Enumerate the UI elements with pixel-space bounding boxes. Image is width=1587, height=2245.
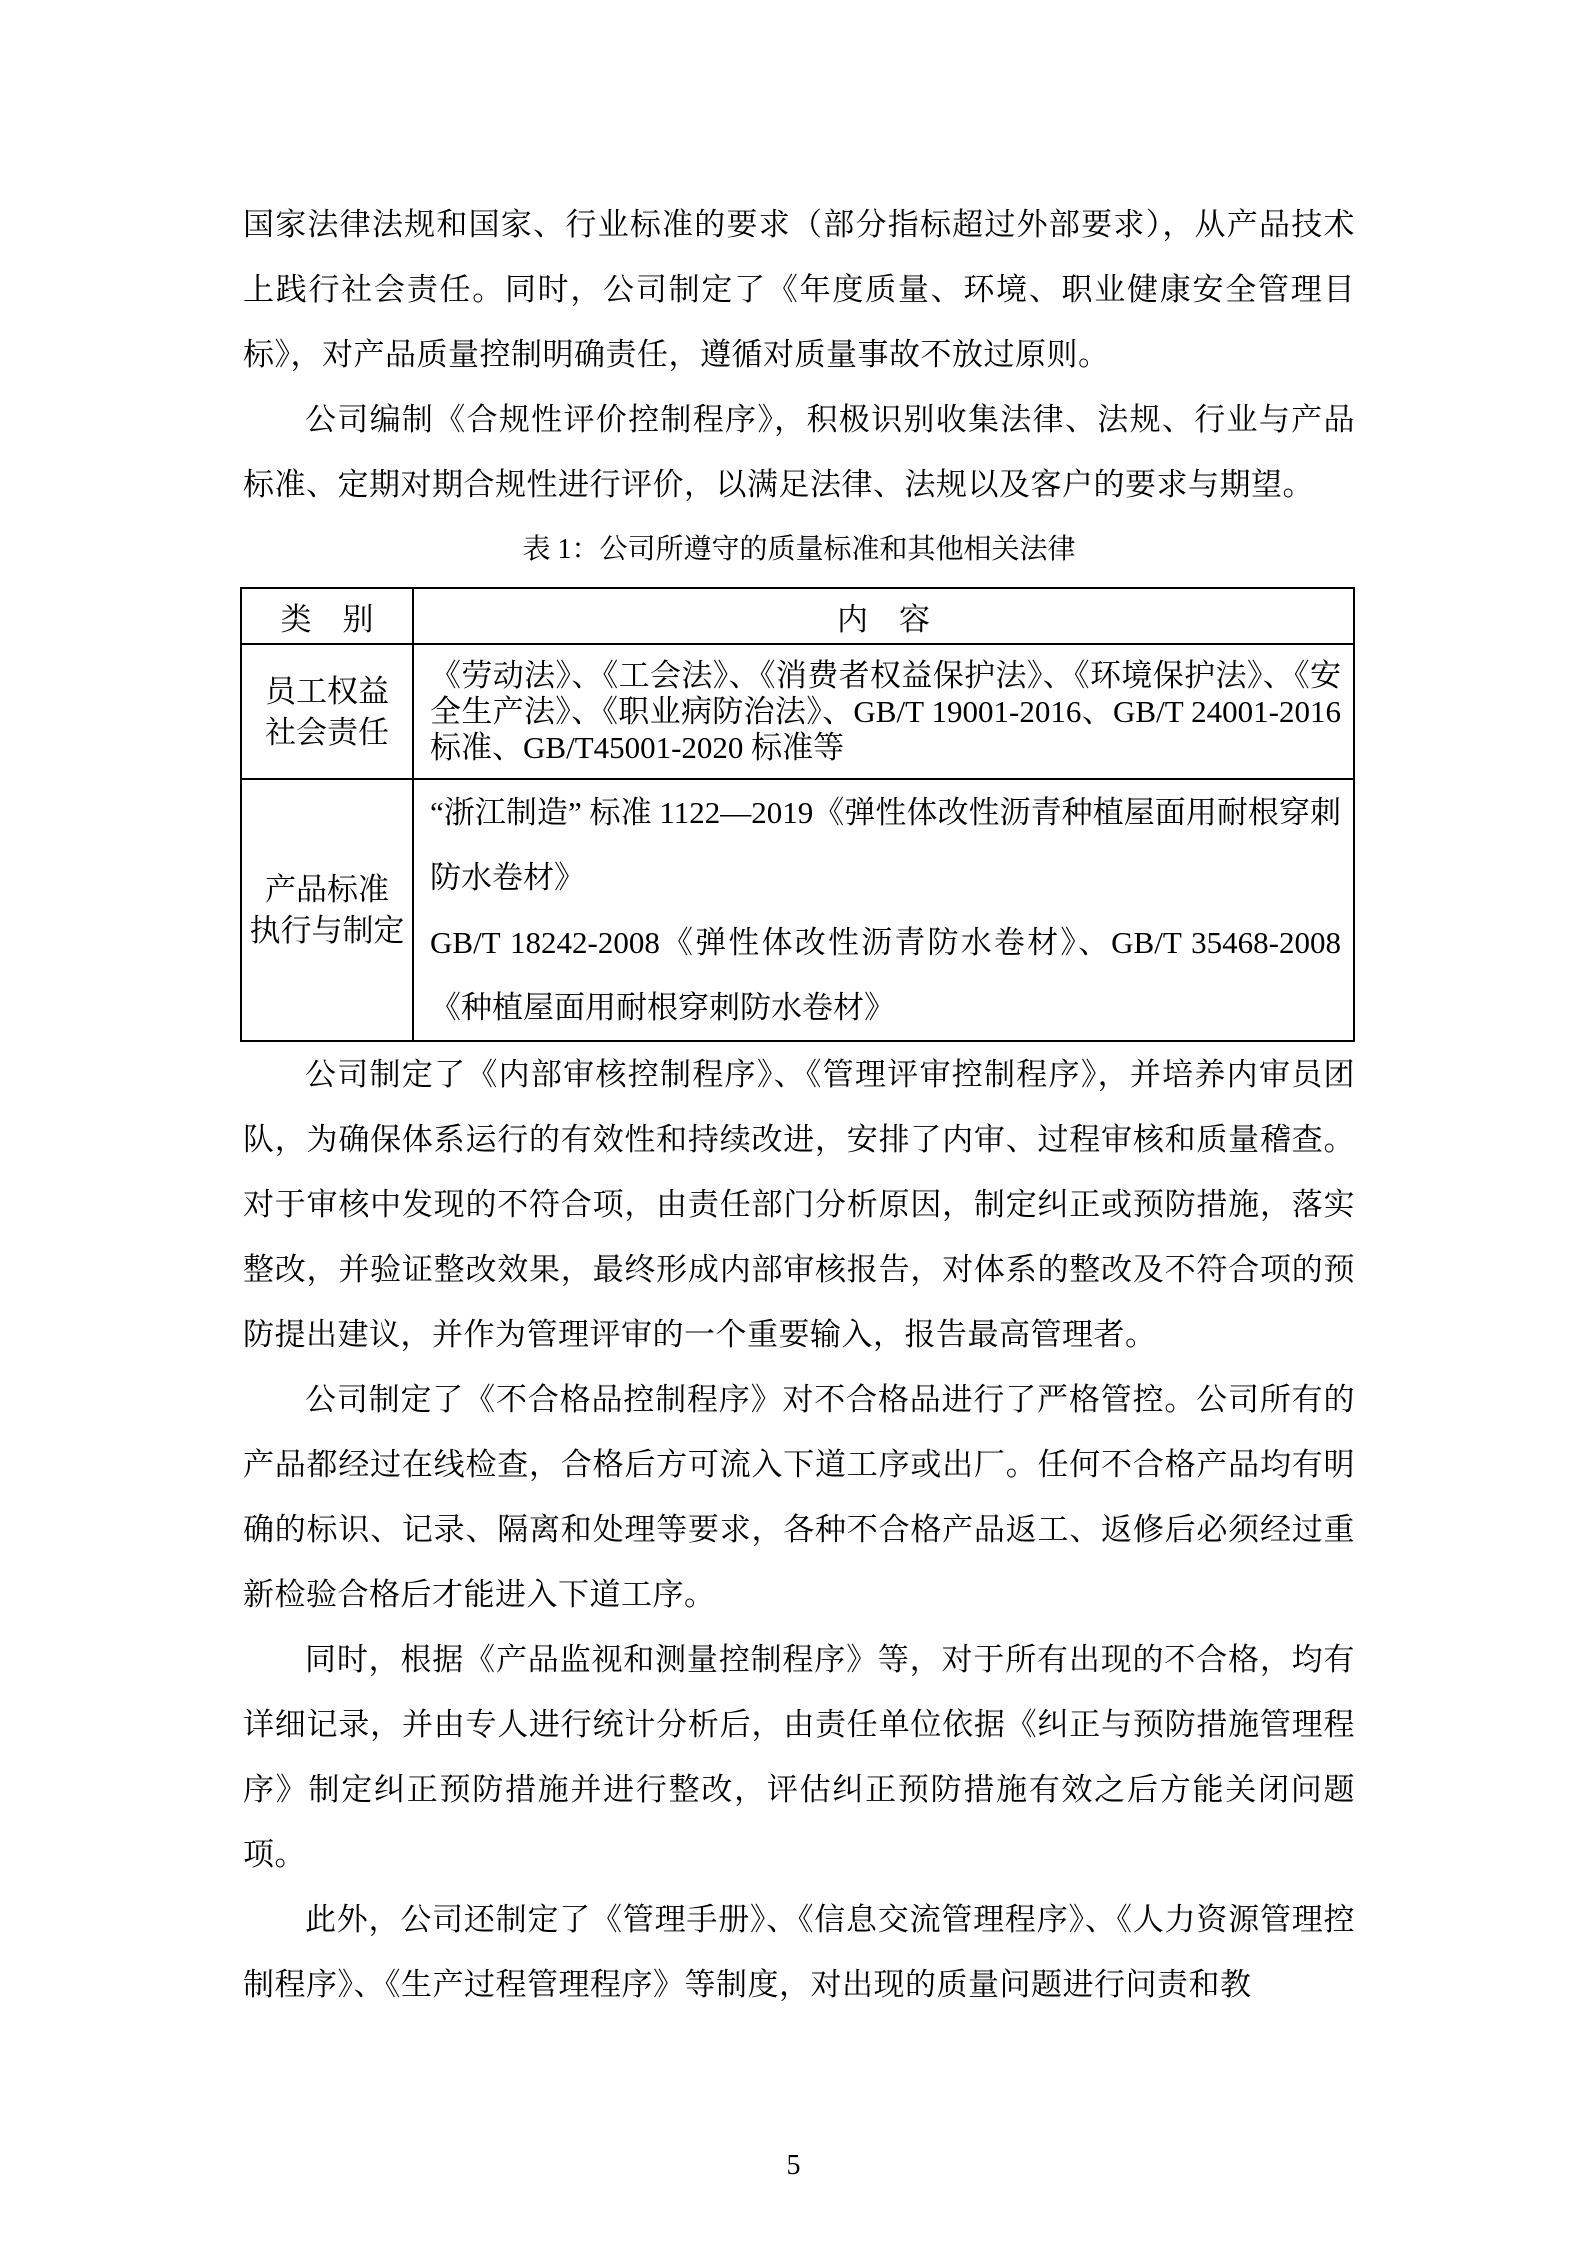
- category-line: 执行与制定: [242, 910, 412, 951]
- category-line: 社会责任: [242, 712, 412, 753]
- page-number: 5: [0, 2146, 1587, 2186]
- paragraph-4: 公司制定了《不合格品控制程序》对不合格品进行了严格管控。公司所有的产品都经过在线…: [243, 1367, 1355, 1627]
- table-row-product-standards: 产品标准 执行与制定 “浙江制造” 标准 1122—2019《弹性体改性沥青种植…: [241, 779, 1354, 1041]
- paragraph-6: 此外，公司还制定了《管理手册》、《信息交流管理程序》、《人力资源管理控制程序》、…: [243, 1887, 1355, 2017]
- category-line: 员工权益: [242, 671, 412, 712]
- content-paragraph: “浙江制造” 标准 1122—2019《弹性体改性沥青种植屋面用耐根穿刺防水卷材…: [430, 780, 1341, 910]
- paragraph-1: 国家法律法规和国家、行业标准的要求（部分指标超过外部要求），从产品技术上践行社会…: [243, 192, 1355, 387]
- table-header-category: 类 别: [241, 588, 413, 644]
- content-paragraph: GB/T 18242-2008《弹性体改性沥青防水卷材》、GB/T 35468-…: [430, 910, 1341, 1040]
- standards-table: 类 别 内 容 员工权益 社会责任 《劳动法》、《工会法》、《消费者权益保护法》…: [240, 587, 1355, 1042]
- content-cell: “浙江制造” 标准 1122—2019《弹性体改性沥青种植屋面用耐根穿刺防水卷材…: [413, 779, 1354, 1041]
- paragraph-5: 同时，根据《产品监视和测量控制程序》等，对于所有出现的不合格，均有详细记录，并由…: [243, 1627, 1355, 1887]
- content-paragraph: 《劳动法》、《工会法》、《消费者权益保护法》、《环境保护法》、《安全生产法》、《…: [430, 658, 1341, 766]
- category-cell: 员工权益 社会责任: [241, 644, 413, 779]
- table-caption: 表 1：公司所遵守的质量标准和其他相关法律: [243, 527, 1355, 573]
- content-cell: 《劳动法》、《工会法》、《消费者权益保护法》、《环境保护法》、《安全生产法》、《…: [413, 644, 1354, 779]
- category-cell: 产品标准 执行与制定: [241, 779, 413, 1041]
- paragraph-2: 公司编制《合规性评价控制程序》，积极识别收集法律、法规、行业与产品标准、定期对期…: [243, 387, 1355, 517]
- paragraph-3: 公司制定了《内部审核控制程序》、《管理评审控制程序》，并培养内审员团队，为确保体…: [243, 1042, 1355, 1367]
- page-body: 国家法律法规和国家、行业标准的要求（部分指标超过外部要求），从产品技术上践行社会…: [243, 192, 1355, 2017]
- table-header-row: 类 别 内 容: [241, 588, 1354, 644]
- document-page: 国家法律法规和国家、行业标准的要求（部分指标超过外部要求），从产品技术上践行社会…: [0, 0, 1587, 2245]
- table-header-content: 内 容: [413, 588, 1354, 644]
- category-line: 产品标准: [242, 869, 412, 910]
- table-row-employee-rights: 员工权益 社会责任 《劳动法》、《工会法》、《消费者权益保护法》、《环境保护法》…: [241, 644, 1354, 779]
